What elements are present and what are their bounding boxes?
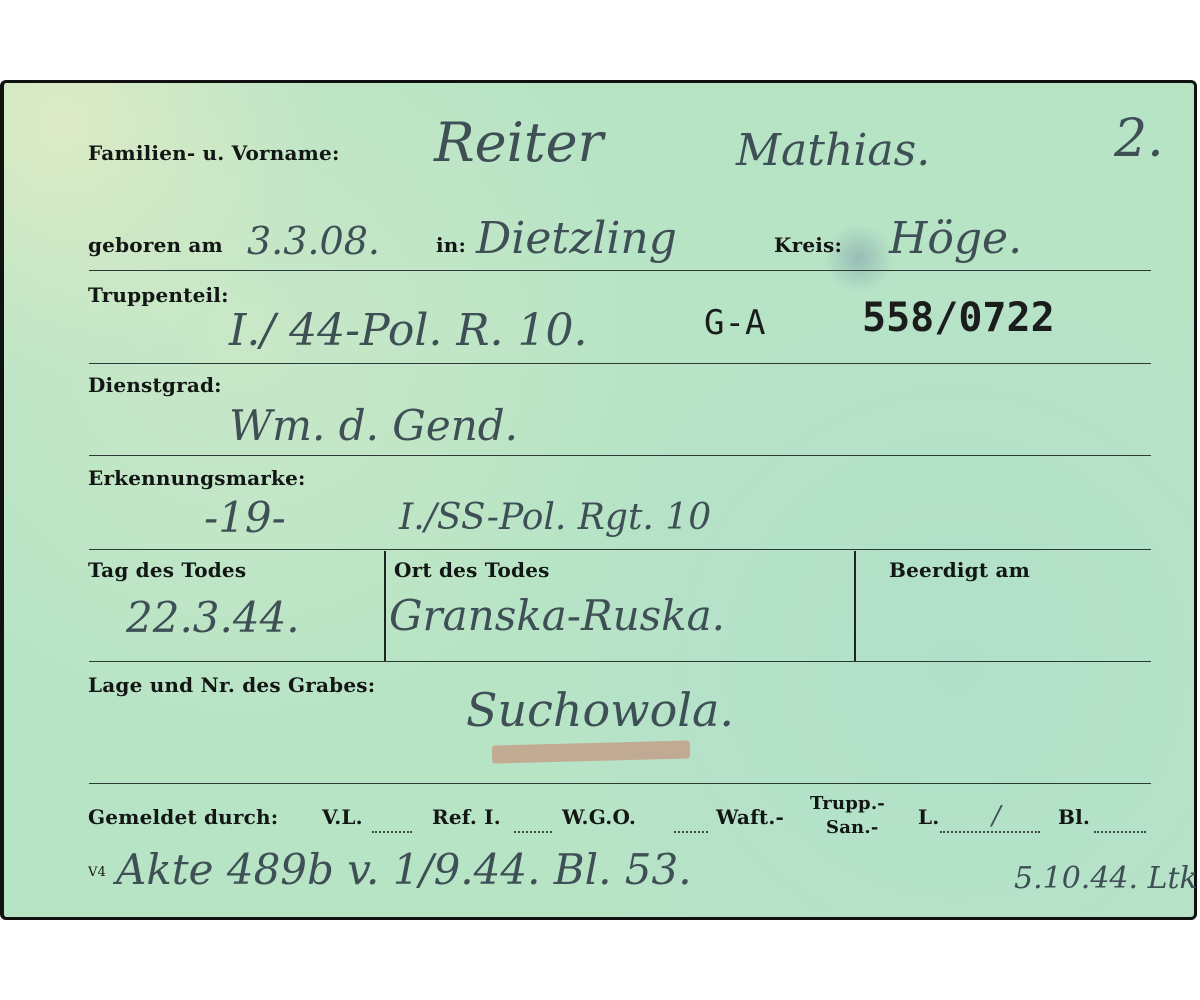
rank-label: Dienstgrad:: [88, 373, 222, 397]
red-smudge: [492, 740, 690, 763]
reported-item-wgo: W.G.O.: [562, 805, 636, 829]
name-label: Familien- u. Vorname:: [88, 141, 340, 165]
reported-item-trupp: Trupp.-: [810, 793, 885, 814]
file-note: Akte 489b v. 1/9.44. Bl. 53.: [116, 845, 692, 894]
born-date-value: 3.3.08.: [247, 219, 380, 263]
dotted-blank: [940, 831, 1040, 833]
divider-line: [89, 661, 1151, 662]
corner-mark: 2.: [1114, 109, 1164, 169]
district-value: Höge.: [889, 213, 1022, 264]
reported-label: Gemeldet durch:: [88, 805, 278, 829]
unit-label: Truppenteil:: [88, 283, 229, 307]
date-note: 5.10.44. Ltk.: [1014, 861, 1200, 896]
id-tag-value: -19-: [204, 493, 286, 542]
reported-item-ref: Ref. I.: [432, 805, 501, 829]
born-label: geboren am: [88, 233, 223, 257]
death-record-card: Familien- u. Vorname: Reiter Mathias. 2.…: [0, 80, 1197, 920]
divider-line: [89, 270, 1151, 271]
reported-item-san: San.-: [826, 817, 879, 838]
id-tag-label: Erkennungsmarke:: [88, 466, 306, 490]
dotted-blank: [372, 831, 412, 833]
id-tag-unit: I./SS-Pol. Rgt. 10: [399, 497, 711, 538]
stamp-number: 558/0722: [862, 295, 1055, 341]
column-divider: [854, 551, 856, 661]
divider-line: [89, 783, 1151, 784]
death-date-label: Tag des Todes: [88, 558, 246, 582]
death-place-label: Ort des Todes: [394, 558, 550, 582]
reported-item-vl: V.L.: [322, 805, 363, 829]
divider-line: [89, 363, 1151, 364]
rank-value: Wm. d. Gend.: [229, 401, 518, 450]
born-place-value: Dietzling: [476, 213, 677, 264]
divider-line: [89, 549, 1151, 550]
grave-value: Suchowola.: [466, 683, 734, 737]
reported-item-l: L.: [918, 805, 939, 829]
stamp-prefix: G-A: [704, 303, 765, 343]
district-label: Kreis:: [774, 233, 842, 257]
dotted-blank: [674, 831, 708, 833]
grave-label: Lage und Nr. des Grabes:: [88, 673, 375, 697]
surname-value: Reiter: [434, 111, 603, 174]
given-name-value: Mathias.: [736, 125, 930, 176]
reported-item-bl: Bl.: [1058, 805, 1090, 829]
dotted-blank: [514, 831, 552, 833]
unit-value: I./ 44-Pol. R. 10.: [229, 305, 587, 356]
reported-item-waft: Waft.-: [716, 805, 784, 829]
divider-line: [89, 455, 1151, 456]
dotted-blank: [1094, 831, 1146, 833]
buried-label: Beerdigt am: [889, 558, 1030, 582]
reported-slash: /: [992, 801, 1001, 831]
death-place-value: Granska-Ruska.: [389, 591, 725, 640]
death-date-value: 22.3.44.: [126, 593, 300, 642]
form-code: V4: [88, 865, 106, 880]
column-divider: [384, 551, 386, 661]
born-place-label: in:: [436, 233, 466, 257]
